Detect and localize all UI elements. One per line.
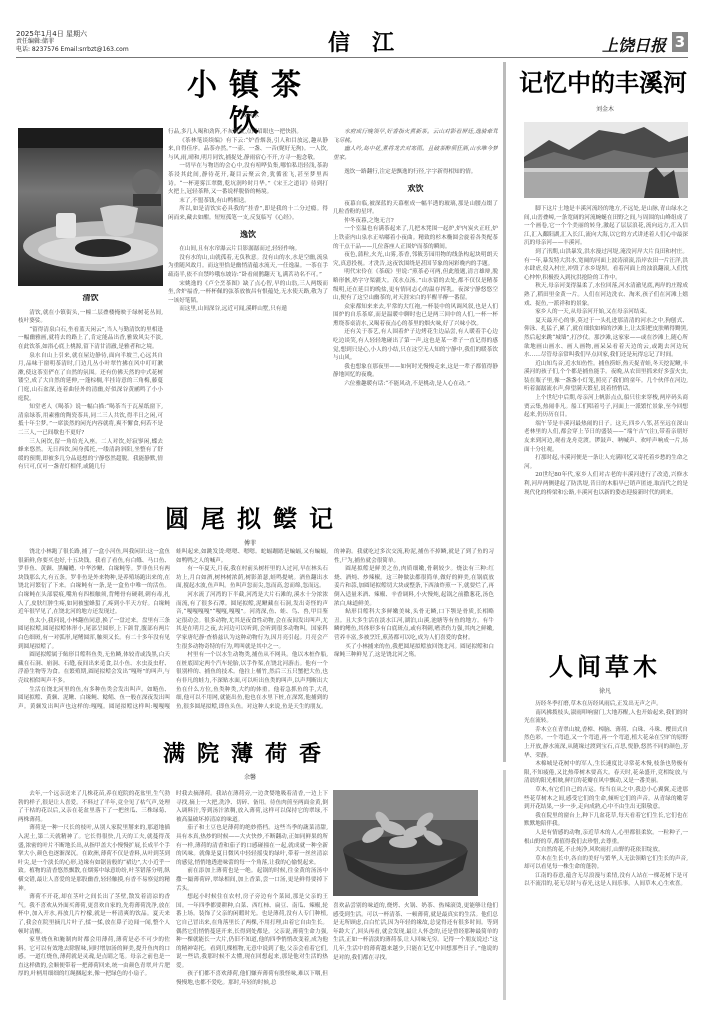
article-author-fish: 傅菲 xyxy=(200,538,300,547)
paragraph: 明代宋伶在《茶疏》里说:“煎茶必可两,但此般题,清言雄辩,脱略形骸,奶字守渠疆大… xyxy=(333,268,498,302)
fish-column-1: 饶北小林跑了很长路,捕了一盒小河鱼,叫我闲识:这一盒鱼很新鲜,你要买也好,十五块… xyxy=(18,548,170,710)
verse: 幽人吟,岛中花,煮将龙去对寒雨。且破茶醉须狂酒,山水唯今梦里家。 xyxy=(333,145,498,162)
paragraph: 买了小林捕来的鱼,我把圆尾拟鲿放回饶北河。圆尾拟鲿和白缘鲀三种鲜见了,这是饶北河… xyxy=(334,643,494,660)
paragraph: 河水流了河湾的下半截,河湾是大片石滩的,溪水十分浓浓而流,有了很多石潭。圆尾拟鲿… xyxy=(176,591,328,651)
paragraph: 20世纪80年代,家乡人们对古老的丰溪河进行了改造,兴修水利,河岸两侧建起了防洪… xyxy=(524,471,688,497)
paragraph: 大自然的花,不止纯净,风吹雨打,山野的花依旧绽放。 xyxy=(524,846,688,855)
paragraph: 村里有一个以水生动物类,捕鱼从不网具。他以木桩作船,在桩底固定两个汽车轮胎,以手… xyxy=(176,651,328,710)
paragraph: 到了汛期,山洪暴发,洪水漫过河堤,淹没河岸大片良田和村庄。有一年,暴发特大洪水,… xyxy=(524,248,688,282)
article-title-river: 记忆中的丰溪河 xyxy=(510,68,696,98)
contact-info: 电话: 8237576 Email:srrbzt@163.com xyxy=(16,46,129,54)
paragraph: 乔木立在青翠山坡,香樟、樟脑、薄荷、白珠、斗珠、樱田式自然色彩。一个弯道,又一个… xyxy=(524,726,688,760)
paragraph: 圆尾拟鲿属于鲇形目鲿科鱼类,无鱼鳞,体较青或浅黑,白天藏在石洞、崩洞、石缝,夜间… xyxy=(18,651,170,685)
paragraph: 前在添加上薄荷也是一绝。起锅的时候,往金黄的汤汤中撒一撮薄荷碎,翠绿相间,加上香… xyxy=(176,867,328,893)
mint-column-1: 去年,一个远亲送来了几株花苗,养在庭院的花盆里,生气勃勃的样子,很是让人喜爱。不… xyxy=(18,790,170,1015)
paragraph: 时我去摘薄荷。我站在薄荷旁,一边贪婪地吸着清香,一边上下寻找,摘上一大把,洗净、… xyxy=(176,790,328,824)
paragraph: 鱼太小,我问说,小林翻鱼同意,换了一盘过来。盘里有三条圆尾拟鲿,圆尾拟鲿体形小,… xyxy=(18,617,170,651)
paragraph: 去年,一个远亲送来了几株花苗,养在庭院的花盆里,生气勃勃的样子,很是让人喜爱。不… xyxy=(18,790,170,824)
paragraph: 饶北小林跑了很长路,捕了一盒小河鱼,叫我闲识:这一盒鱼很新鲜,你要买也好,十五块… xyxy=(18,548,170,617)
paragraph: 脚下这片土地是丰溪河流经的地方,不远处,是山脉,青山绿水之间,山峦叠嶂,一条宽阔… xyxy=(524,205,688,248)
column-divider xyxy=(503,770,506,1000)
mint-column-2: 时我去摘薄荷。我站在薄荷旁,一边贪婪地吸着清香,一边上下寻找,摘上一大把,洗净、… xyxy=(176,790,328,1015)
paragraph: 家乡人的一天,从母亲河开始,又在母亲河结束。 xyxy=(524,308,688,317)
paragraph: 在山间,且有水帘瀑云片目影潺潺而过,轻轻作响。 xyxy=(168,245,328,254)
article-author-tea: 钱培水 xyxy=(200,110,300,119)
paragraph: 打那时起,丰溪河便是一条让人充满回忆又寄托着乡愁的生命之河。 xyxy=(524,454,688,471)
article-author-grass: 徐凡 xyxy=(560,686,650,695)
section-title: 信江 xyxy=(328,30,416,56)
article-title-mint: 满院薄荷香 xyxy=(148,740,348,768)
paragraph: 夜幕自临,被深蓝的天幕框成一幅半透的玻璃,那是山腰点缀了几粒香粉的星坪。 xyxy=(333,200,498,217)
tea-column-2: 行品,多几人喝和劲阵,不灰精蛋,点回眉眼也一把快斟。 《茶林笔谈续编》有下云:“… xyxy=(168,128,328,484)
paragraph: 端午节是丰溪河最热闹的日子。这天,四乡八邻,甚至远在深山老林里的人们,都会穿上节… xyxy=(524,420,688,454)
paragraph: 圆尾拟鲿是鲜美之鱼,肉质细嫩,骨刺较少。烧法有三种:红烧、酒炖、炒辣椒。这三种做… xyxy=(334,565,494,608)
paragraph: 家里烧鱼和腌制肉时都会用薄荷,薄荷是必不可少的佐料。它可以有效地去除腥味,同时增… xyxy=(18,936,170,979)
paragraph: 夏天最开心的事,莫过于一头扎进那清清的河水之中,狗刨式、仰泳、扎猛子,累了,就在… xyxy=(524,317,688,360)
paragraph: 鲇形目鲿科大多鲜嫩美味,头骨无鳞,口下颚是骨质,长相略丑。且大多生活在淡水江河,… xyxy=(334,608,494,642)
paragraph: 秋天,母亲河变得温柔了,水位回落,河水清澈见底,两岸的庄稼成熟了,稻田里金黄一片… xyxy=(524,282,688,308)
paragraph: 薄荷不开花,却在茎叶之间长出了茎壁,散发着清凉的香气。我不喜欢从外面买薄荷,更喜… xyxy=(18,893,170,936)
tea-column-1: 清饮 清饮,就在小镇街头,一幢二层叠楼掩映于绿树花丛间,枝叶婆娑。 “留得清泉白… xyxy=(18,294,163,472)
paragraph: 仲冬夜暮,之饱无言? xyxy=(333,217,498,226)
masthead: 2025年1月4日 星期六 责任编辑:储菲 电话: 8237576 Email:… xyxy=(16,30,688,58)
fish-column-3: 的神韵。我就吃过多次交流,粉泥,捕鱼不掉鳞,就是了到了鱼的习性,尸为,捕鱼就会很… xyxy=(334,548,494,710)
paragraph: 历经冬季打磨,草木在历经风雨后,正发出无声之声。 xyxy=(524,700,688,709)
paragraph: 上个世纪中后期,母亲河上帆影点点,船只往来穿梭,两岸码头商贾云集,热闹非凡。船工… xyxy=(524,394,688,420)
subhead-huanyin: 欢饮 xyxy=(333,185,498,194)
paragraph: 孩子们都不喜欢薄荷,他们嫌弃薄荷有股怪味,难以下咽,但慢慢地,也都不爱吃。那时,… xyxy=(176,970,328,987)
paragraph: 有一年夏天,月夜,我在村前头树杆里的人过河,早在林头石坊上,月白如酒,树林树浓荫… xyxy=(176,565,328,591)
paragraph: 《茶林笔谈续编》有下云:“炉香烟袅,引人和目放远,趣从静来,自得佳序。品茶亦然。… xyxy=(168,137,328,163)
paragraph: 夜色,蒲粒,火光,山雾,茶香,邻筱芳园用物的线条构起块明朗天究,真意投视。才洗告… xyxy=(333,251,498,268)
article-title-fish: 圆尾拟鲿记 xyxy=(140,504,370,534)
paragraph: 蛙叫起来,如跳发烫:嗯嗯、嗯嗯。蛇蝠蹦踏是蝙蝠,又有蝙蝠,如鸭鸭之人的喊声。 xyxy=(176,548,328,565)
paragraph: 的神韵。我就吃过多次交流,粉泥,捕鱼不掉鳞,就是了到了鱼的习性,尸为,捕鱼就会很… xyxy=(334,548,494,565)
paragraph: 一切早在与物语的会心中,没有喧哗负集,哪怕私语轻浅,茶韵茶浸其此间,静待花开,凝… xyxy=(168,162,328,196)
paragraph: “留得清泉白石,坐看蓝天闲云”,当人与勤清饮的里相逢一幅幽雅画,就将去的路上了,… xyxy=(18,326,163,352)
paragraph: 我也想象在那夜里——如何时光慢慢走来,这是一辈子都值得静静地回忆的夜晚。 xyxy=(333,363,498,380)
paragraph: 想起小时候住在农村,房子旁边有个菜园,那是父亲的王国。一年四季都要耕种,白菜、西… xyxy=(176,893,328,970)
mint-photo xyxy=(333,790,478,896)
article-author-river: 刘金木 xyxy=(560,104,650,113)
mint-column-3: 喜欢品尝别的味道的,烧烤、火锅、奶茶、热辣滚烫,更能够让他们感受到生活。可以一杯… xyxy=(333,902,498,1015)
paragraph: 逸饮一路翻行,注定是飘逸的行径,字字新得相知的情。 xyxy=(333,168,498,177)
paragraph: 人是有情感的动物,亲近草木的人,心里都很柔软。一粒种子,一根山野的草,都值得我们… xyxy=(524,829,688,846)
paragraph: 薄荷是一种一尺长的枝叶,从别人家院里掰来的,那道地插入泥土,第二天就精神了。它长… xyxy=(18,824,170,893)
paragraph: 我在院里的窗台上,种下几盆花草,每天看着它们生长,它们也在默默地陪伴我。 xyxy=(524,812,688,829)
paragraph: 而这里,山间深谷,远近可闻,溪畔山墅,只有遁 xyxy=(168,305,328,314)
article-author-mint: 余馨 xyxy=(200,772,300,781)
article-title-grass: 人间草木 xyxy=(520,652,690,682)
paragraph: 喜欢品尝别的味道的,烧烤、火锅、奶茶、热辣滚烫,更能够让他们感受到生活。可以一杯… xyxy=(333,902,498,962)
paragraph: 草木在生长中,各自的美好与繁华,人无法领略它们生长的声音,却可以看见每一株生命的… xyxy=(524,855,688,872)
tea-photo xyxy=(18,128,163,286)
subhead-yiyin: 逸饮 xyxy=(168,231,328,240)
paragraph: 还有关于茶艺,有人围着炉子边烤花生边品尝,有人暖着手心边吃边谈笑,有人轻轻地碰出… xyxy=(333,328,498,362)
column-divider xyxy=(503,62,506,762)
paragraph: 泉水自山上引来,就在屋边静待,面向半坡兰,心远其自月,品味于窗明茶清时,门边几丛… xyxy=(18,352,163,404)
newspaper-name: 上饶日报 xyxy=(602,33,666,56)
paragraph: 末了,不盟茶钱,有山鸭相送。 xyxy=(168,197,328,206)
paragraph: 所以,如是清饮实必具我的“挂香”,即是我的十二分过瘾。得闲而来,藏去如酣。短短孤… xyxy=(168,205,328,222)
editor-credit: 责任编辑:储菲 xyxy=(16,38,129,46)
river-photo xyxy=(524,122,688,198)
paragraph: 一个室温也有满茶起来了,几把木凳围一起炉,炉内炭火正旺,炉上铁壶内山泉水正咕嘟着… xyxy=(333,225,498,251)
paragraph: 近山知鸟音,近水知鱼性。捕鱼捞虾,热天捉青蛙,冬天挖泥鳅,丰溪河的孩子们,个个都… xyxy=(524,360,688,394)
paragraph: 六位雅趣暖有话:“不能风动,不是桃动,是人心在动。” xyxy=(333,380,498,389)
subhead-qingyin: 清饮 xyxy=(18,294,163,303)
paragraph: 茄子和土豆也是薄荷的绝妙搭档。这些当季的蔬菜清甜,具有本真,热炒的时候——大火快… xyxy=(176,824,328,867)
masthead-meta: 2025年1月4日 星期六 责任编辑:储菲 电话: 8237576 Email:… xyxy=(16,30,129,54)
tea-column-3: 水府成行晚领早,好香指火煮新茶。云山对影看屏廷,逸骑牵茸飞尽桃。 幽人吟,岛中花… xyxy=(333,128,498,484)
grass-body: 历经冬季打磨,草木在历经风雨后,正发出无声之声。 南风拂拨枝头,淑雨叩响窗门,大… xyxy=(524,700,688,1016)
paragraph: 生活在饶北河里的鱼,有多种鱼类会发出叫声。如鲢鱼、圆尾拟鲿、黄颡、泥鳅、白缘鲀、… xyxy=(18,686,170,711)
verse: 水府成行晚领早,好香指火煮新茶。云山对影看屏廷,逸骑牵茸飞尽桃。 xyxy=(333,128,498,145)
paragraph: 三人闲饮,留一角给光入座。二人对饮,好寂寥闲,蝶去蜂来悠然。无日西饮,闲身孤托,… xyxy=(18,438,163,472)
issue-date: 2025年1月4日 星期六 xyxy=(16,30,129,38)
paragraph: 行品,多几人喝和劲阵,不灰精蛋,点回眉眼也一把快斟。 xyxy=(168,128,328,137)
paragraph: 众家都知来来去,平常的大红袍,一杯装中的风调风叙,也是人们围炉的自乐茶席,而是温… xyxy=(333,303,498,329)
paragraph: 木棉城是花树中的军人,生长速度比寻常花木慢,枝条也势极有限,不知疲倦,又比热带树… xyxy=(524,760,688,786)
paragraph: 知堂老人《喝茶》说一幅白描:“喝茶当于瓦屋纸窗下,清泉绿茶,用素雅的陶瓷茶具,同… xyxy=(18,403,163,437)
fish-column-2: 蛙叫起来,如跳发烫:嗯嗯、嗯嗯。蛇蝠蹦踏是蝙蝠,又有蝙蝠,如鸭鸭之人的喊声。 有… xyxy=(176,548,328,710)
paragraph: 没有水的山,山就孤着,无负秋意。没有山的水,水是空幽,流泉为重随风故月。而这里恰… xyxy=(168,254,328,280)
paragraph: 南风拂拨枝头,淑雨叩响窗门,大地苏醒,人也开始起来,我们的时光在流转。 xyxy=(524,709,688,726)
paragraph: 宋姚逸的《卢仝烹茶图》缺了点心智,早的山翁,三人两级而坐,舍炉福香,一杯杯佩的弦… xyxy=(168,280,328,306)
paragraph: 清饮,就在小镇街头,一幢二层叠楼掩映于绿树花丛间,枝叶婆娑。 xyxy=(18,309,163,326)
river-body: 脚下这片土地是丰溪河流经的地方,不远处,是山脉,青山绿水之间,山峦叠嶂,一条宽阔… xyxy=(524,205,688,637)
paragraph: 草木,有它们自己的吉运。每当在从之中,我总小心翼翼,走进那些花草树木之间,感受它… xyxy=(524,786,688,812)
paragraph: 江南的春意,蕴含无尽浪漫与柔情,没有人站在一棵花树下是可以不流泪的,花无尽时与春… xyxy=(524,872,688,889)
page-number-badge: 3 xyxy=(672,32,688,52)
